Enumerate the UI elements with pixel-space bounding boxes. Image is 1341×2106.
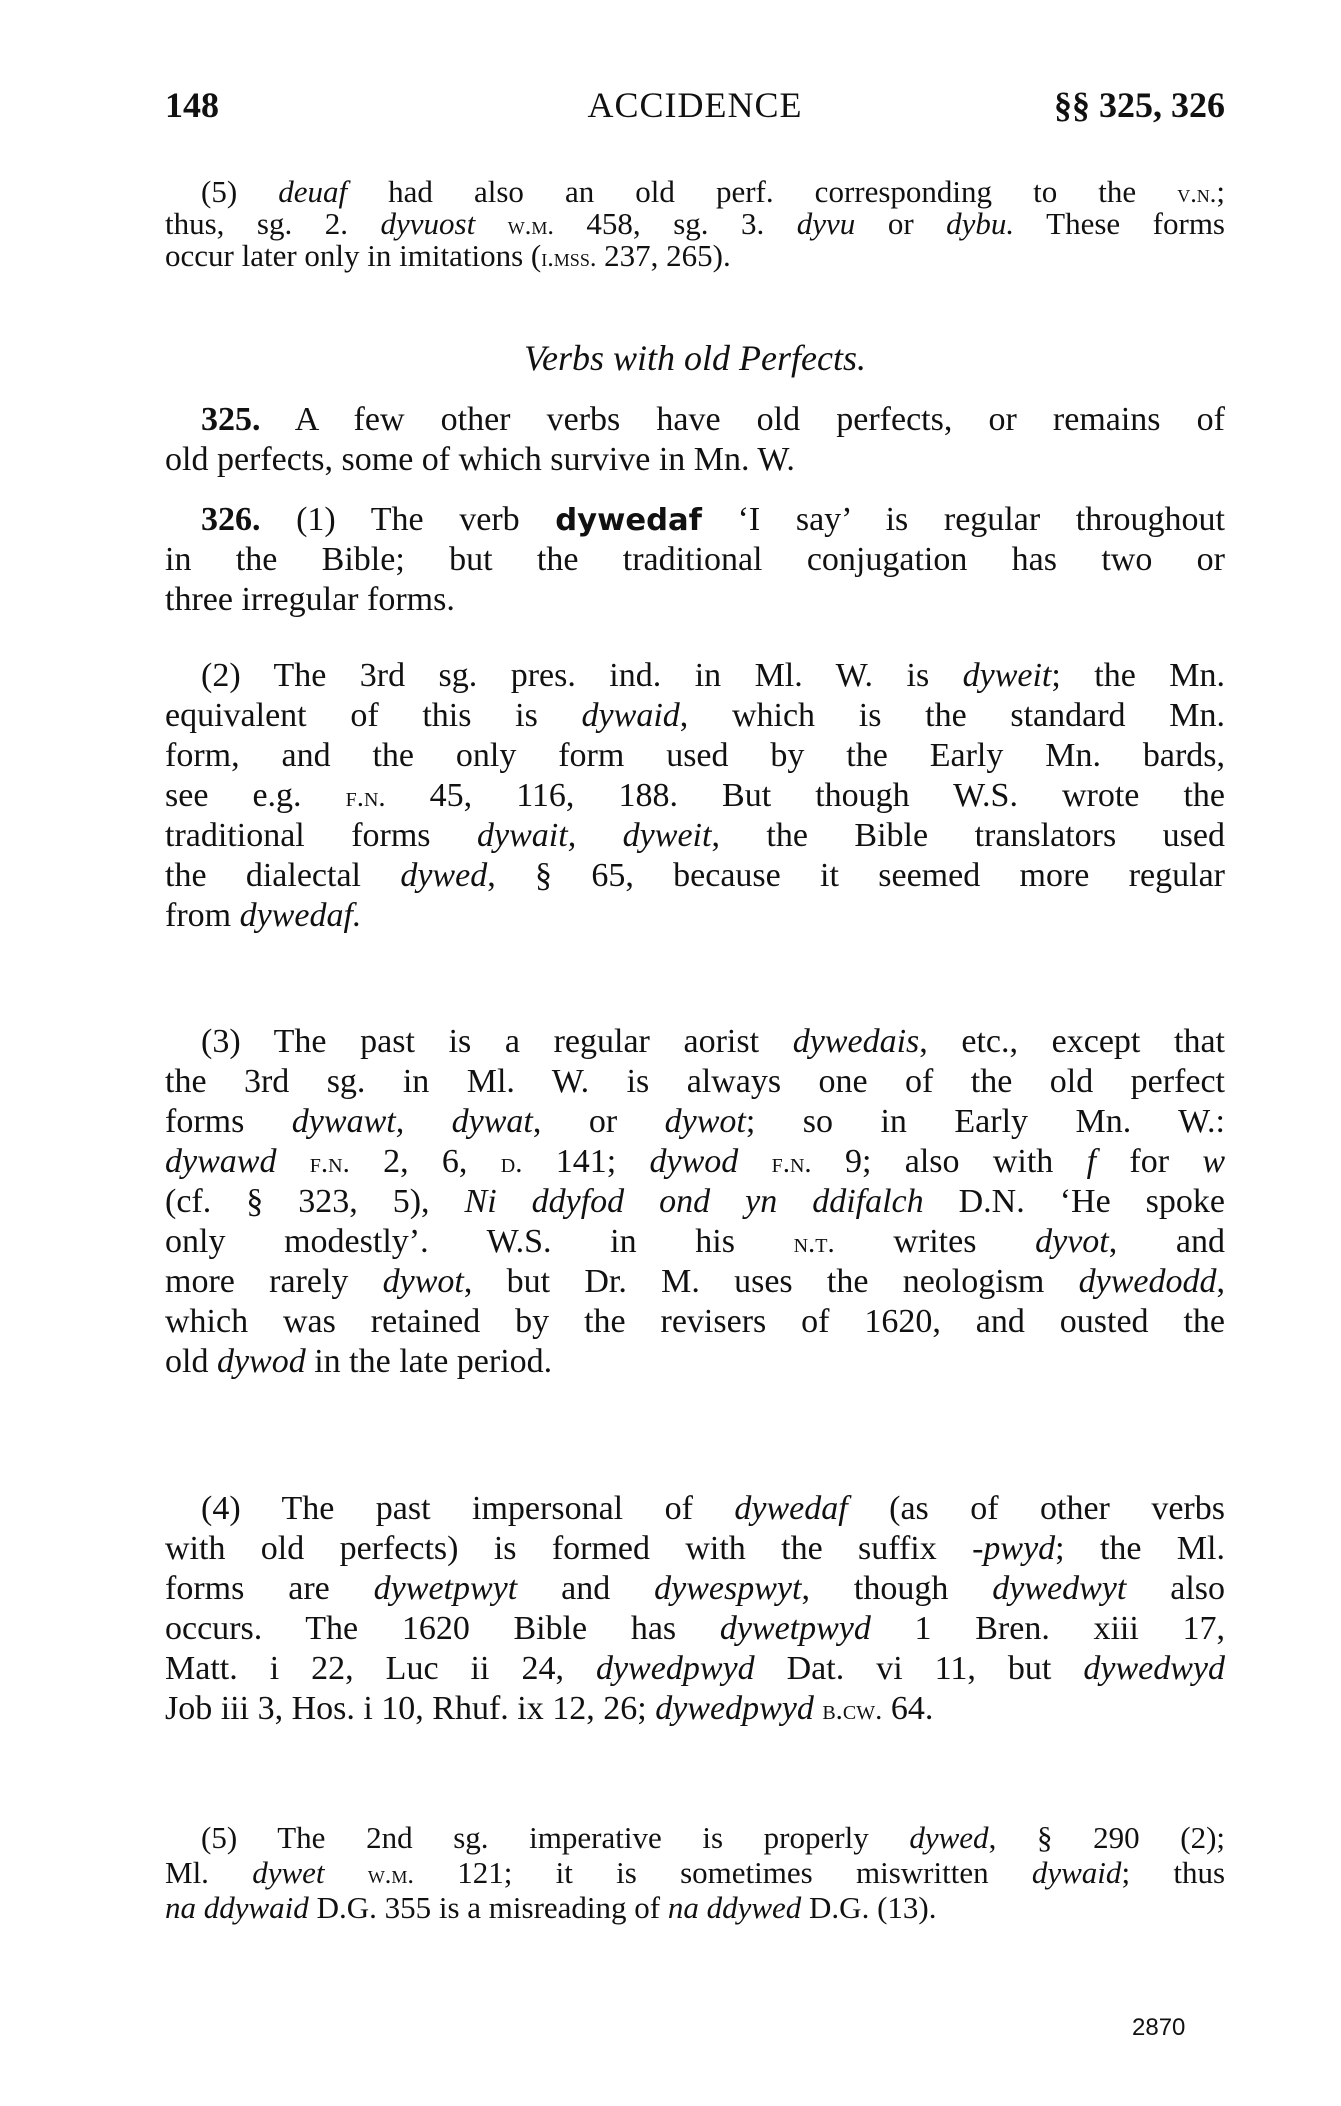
section-325-line: 325. A few other verbs have old perfects… [201, 400, 1225, 440]
section-326-para-2-line: form, and the only form used by the Earl… [165, 736, 1225, 776]
section-326-para-4-line: Matt. i 22, Luc ii 24, dywedpwyd Dat. vi… [165, 1649, 1225, 1689]
section-326-para-3-line: more rarely dywot, but Dr. M. uses the n… [165, 1262, 1225, 1302]
section-326-para-1-line: three irregular forms. [165, 580, 1225, 620]
section-326-para-4-line: occurs. The 1620 Bible has dywetpwyd 1 B… [165, 1609, 1225, 1649]
section-326-para-3-line: dywawd f.n. 2, 6, d. 141; dywod f.n. 9; … [165, 1142, 1225, 1183]
section-326-para-4-line: with old perfects) is formed with the su… [165, 1529, 1225, 1569]
book-page: 148 ACCIDENCE §§ 325, 326 (5) deuaf had … [0, 0, 1341, 2106]
section-326-para-5-line: na ddywaid D.G. 355 is a misreading of n… [165, 1888, 1225, 1928]
section-326-para-3-line: which was retained by the revisers of 16… [165, 1302, 1225, 1342]
section-326-para-3-line: old dywod in the late period. [165, 1342, 1225, 1382]
section-326-para-1-line: in the Bible; but the traditional conjug… [165, 540, 1225, 580]
section-326-para-4-line: forms are dywetpwyt and dywespwyt, thoug… [165, 1569, 1225, 1609]
section-326-para-1-line: 326. (1) The verb dywedaf ‘I say’ is reg… [201, 500, 1225, 541]
section-326-para-3-line: only modestly’. W.S. in his n.t. writes … [165, 1222, 1225, 1263]
section-326-para-3-line: forms dywawt, dywat, or dywot; so in Ear… [165, 1102, 1225, 1142]
para-5-prev-line: occur later only in imitations (i.mss. 2… [165, 236, 1225, 278]
section-326-para-2-line: traditional forms dywait, dyweit, the Bi… [165, 816, 1225, 856]
section-326-para-2-line: see e.g. f.n. 45, 116, 188. But though W… [165, 776, 1225, 817]
section-326-para-3-line: the 3rd sg. in Ml. W. is always one of t… [165, 1062, 1225, 1102]
section-326-para-2-line: equivalent of this is dywaid, which is t… [165, 696, 1225, 736]
section-326-para-5-line: (5) The 2nd sg. imperative is properly d… [201, 1818, 1225, 1858]
section-326-para-2-line: the dialectal dywed, § 65, because it se… [165, 856, 1225, 896]
section-325-line: old perfects, some of which survive in M… [165, 440, 1225, 480]
section-326-para-3-line: (cf. § 323, 5), Ni ddyfod ond yn ddifalc… [165, 1182, 1225, 1222]
section-326-para-4-line: Job iii 3, Hos. i 10, Rhuf. ix 12, 26; d… [165, 1689, 1225, 1730]
section-326-para-4-line: (4) The past impersonal of dywedaf (as o… [201, 1489, 1225, 1529]
section-reference: §§ 325, 326 [1054, 84, 1225, 126]
subheading: Verbs with old Perfects. [165, 338, 1225, 378]
section-326-para-3-line: (3) The past is a regular aorist dywedai… [201, 1022, 1225, 1062]
scan-number: 2870 [1132, 2014, 1185, 2042]
section-326-para-2-line: from dywedaf. [165, 896, 1225, 936]
section-326-para-2-line: (2) The 3rd sg. pres. ind. in Ml. W. is … [201, 656, 1225, 696]
running-header: 148 ACCIDENCE §§ 325, 326 [165, 84, 1225, 134]
